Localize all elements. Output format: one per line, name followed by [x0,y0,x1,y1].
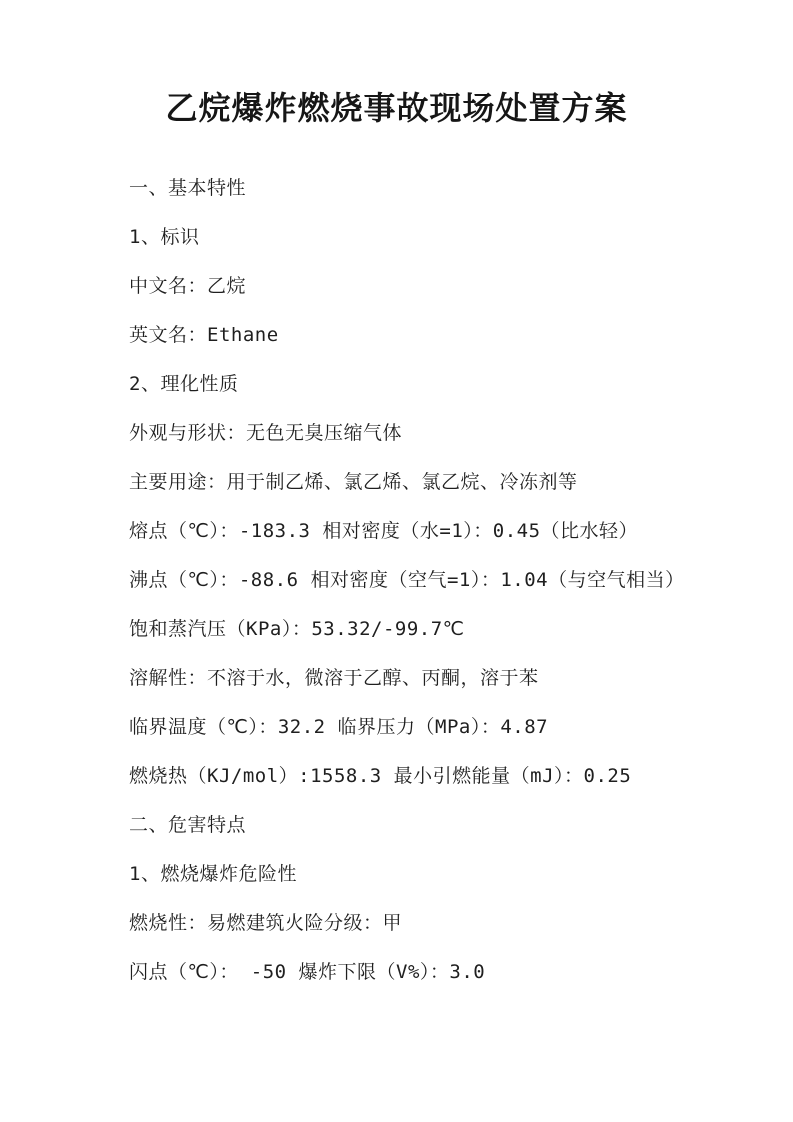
line-english-name: 英文名：Ethane [129,311,753,360]
line-flash-point: 闪点（℃）： -50 爆炸下限（V%）：3.0 [129,948,753,997]
line-flammability: 燃烧性：易燃建筑火险分级：甲 [129,899,753,948]
document-body: 一、基本特性 1、标识 中文名：乙烷 英文名：Ethane 2、理化性质 外观与… [129,164,753,997]
heading-basic-properties: 一、基本特性 [129,164,753,213]
subheading-identification: 1、标识 [129,213,753,262]
subheading-fire-explosion-risk: 1、燃烧爆炸危险性 [129,850,753,899]
line-melting-point: 熔点（℃）：-183.3 相对密度（水=1）：0.45（比水轻） [129,507,753,556]
heading-hazard-characteristics: 二、危害特点 [129,801,753,850]
line-saturated-vapor-pressure: 饱和蒸汽压（KPa）：53.32/-99.7℃ [129,605,753,654]
line-combustion-heat: 燃烧热（KJ/mol）:1558.3 最小引燃能量（mJ）：0.25 [129,752,753,801]
document-title: 乙烷爆炸燃烧事故现场处置方案 [0,86,793,130]
line-boiling-point: 沸点（℃）：-88.6 相对密度（空气=1）：1.04（与空气相当） [129,556,753,605]
line-chinese-name: 中文名：乙烷 [129,262,753,311]
line-main-use: 主要用途：用于制乙烯、氯乙烯、氯乙烷、冷冻剂等 [129,458,753,507]
subheading-physicochemical: 2、理化性质 [129,360,753,409]
line-appearance: 外观与形状：无色无臭压缩气体 [129,409,753,458]
document-page: 乙烷爆炸燃烧事故现场处置方案 一、基本特性 1、标识 中文名：乙烷 英文名：Et… [0,0,793,1122]
line-critical-temperature: 临界温度（℃）：32.2 临界压力（MPa）：4.87 [129,703,753,752]
line-solubility: 溶解性：不溶于水，微溶于乙醇、丙酮，溶于苯 [129,654,753,703]
